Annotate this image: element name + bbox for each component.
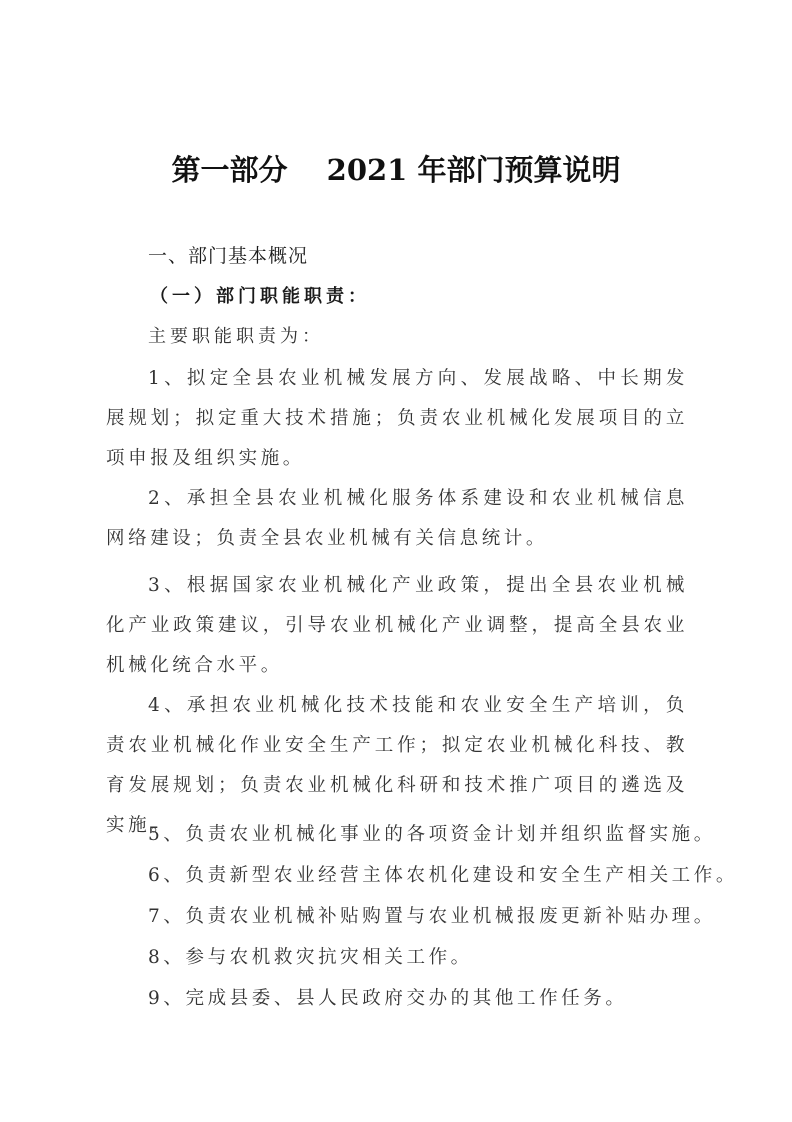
- document-page: 第一部分 2021 年部门预算说明 一、部门基本概况 （一）部门职能职责： 主要…: [0, 0, 792, 1122]
- duty-item-6: 6、负责新型农业经营主体农机化建设和安全生产相关工作。: [148, 861, 738, 887]
- page-title: 第一部分 2021 年部门预算说明: [0, 148, 792, 189]
- duty-item-7: 7、负责农业机械补贴购置与农业机械报废更新补贴办理。: [148, 902, 716, 928]
- subsection-heading: （一）部门职能职责：: [150, 282, 370, 308]
- duty-item-5: 5、负责农业机械化事业的各项资金计划并组织监督实施。: [148, 820, 716, 846]
- duty-item-2: 2、承担全县农业机械化服务体系建设和农业机械信息网络建设；负责全县农业机械有关信…: [106, 479, 688, 559]
- duty-item-1: 1、拟定全县农业机械发展方向、发展战略、中长期发展规划；拟定重大技术措施；负责农…: [106, 359, 688, 479]
- duty-item-3: 3、根据国家农业机械化产业政策，提出全县农业机械化产业政策建议，引导农业机械化产…: [106, 566, 688, 686]
- section-heading: 一、部门基本概况: [148, 241, 308, 268]
- duty-item-9: 9、完成县委、县人民政府交办的其他工作任务。: [148, 984, 627, 1010]
- intro-text: 主要职能职责为：: [148, 322, 324, 348]
- duty-item-8: 8、参与农机救灾抗灾相关工作。: [148, 943, 473, 969]
